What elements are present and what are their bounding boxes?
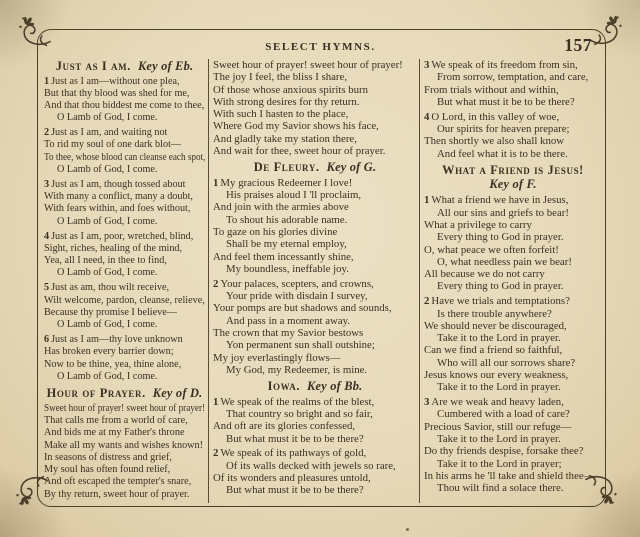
hymn-line: Is there trouble anywhere? — [424, 308, 602, 320]
verse-number: 2 — [213, 447, 218, 459]
hymn-line: The joy I feel, the bliss I share, — [213, 71, 417, 83]
verse-number: 1 — [213, 177, 218, 189]
hymn-line: O Lamb of God, I come. — [44, 164, 205, 176]
hymn-line: The crown that my Savior bestows — [213, 327, 417, 339]
hymn-stanza: 3Just as I am, though tossed aboutWith m… — [44, 179, 205, 228]
hymn-stanza: Sweet hour of prayer! sweet hour of pray… — [213, 59, 417, 157]
hymn-line: Has broken every barrier down; — [44, 346, 205, 358]
hymn-line: Every thing to God in prayer. — [424, 280, 602, 292]
hymn-line: O Lamb of God, I come. — [44, 112, 205, 124]
hymn-line: All our sins and griefs to bear! — [424, 207, 602, 219]
hymn-line: And feel them incessantly shine, — [213, 251, 417, 263]
hymn-stanza: 2Just as I am, and waiting notTo rid my … — [44, 127, 205, 176]
verse-number: 3 — [424, 59, 429, 71]
hymn-line: And oft are its glories confessed, — [213, 420, 417, 432]
hymn-line: But what must it be to be there? — [424, 96, 602, 108]
hymn-line: My God, my Redeemer, is mine. — [213, 364, 417, 376]
verse-number: 1 — [44, 76, 49, 87]
hymn-line: Thou wilt find a solace there. — [424, 482, 602, 494]
hymn-stanza: 6Just as I am—thy love unknownHas broken… — [44, 334, 205, 383]
verse-number: 1 — [424, 194, 429, 206]
hymn-line: That country so bright and so fair, — [213, 408, 417, 420]
hymn-line: Cumbered with a load of care? — [424, 408, 602, 420]
hymn-line: 1My gracious Redeemer I love! — [213, 177, 417, 189]
hymn-title: Iowa. — [268, 379, 300, 393]
hymn-line: And feel what it is to be there. — [424, 148, 602, 160]
ink-speck — [512, 64, 514, 66]
hymn-line: In seasons of distress and grief, — [44, 452, 205, 464]
hymn-stanza: 2We speak of its pathways of gold,Of its… — [213, 447, 417, 496]
hymn-line: Of its walls decked with jewels so rare, — [213, 460, 417, 472]
hymn-column-3: 3We speak of its freedom from sin,From s… — [424, 59, 602, 503]
hymn-line: 3Just as I am, though tossed about — [44, 179, 205, 191]
hymn-column-1: Just as I am.Key of Eb.1Just as I am—wit… — [44, 59, 205, 503]
hymn-line: His praises aloud I 'll proclaim, — [213, 189, 417, 201]
hymn-line: 1What a friend we have in Jesus, — [424, 194, 602, 206]
verse-number: 2 — [44, 127, 49, 138]
hymn-line: O, what needless pain we bear! — [424, 256, 602, 268]
hymn-line: 2Have we trials and temptations? — [424, 295, 602, 307]
hymn-line: To thee, whose blood can cleanse each sp… — [44, 152, 189, 164]
hymn-title: Just as I am. — [56, 59, 131, 73]
hymn-line: Your pomps are but shadows and sounds, — [213, 302, 417, 314]
hymn-line: Take it to the Lord in prayer. — [424, 332, 602, 344]
hymn-line: My boundless, ineffable joy. — [213, 263, 417, 275]
hymn-line: Sweet hour of prayer! sweet hour of pray… — [213, 59, 417, 71]
hymn-line: O Lamb of God, I come. — [44, 216, 205, 228]
hymn-heading: What a Friend is Jesus!Key of F. — [424, 163, 602, 192]
hymn-line: 2Just as I am, and waiting not — [44, 127, 205, 139]
hymn-line: All because we do not carry — [424, 268, 602, 280]
hymn-key: Key of F. — [424, 177, 602, 192]
hymn-line: With fears within, and foes without, — [44, 203, 205, 215]
hymn-columns: Just as I am.Key of Eb.1Just as I am—wit… — [44, 59, 602, 503]
hymnal-page: SELECT HYMNS. 157 Just as I am.Key of Eb… — [0, 0, 640, 537]
hymn-line: Shall be my eternal employ, — [213, 238, 417, 250]
hymn-line: Wilt welcome, pardon, cleanse, relieve, — [44, 295, 205, 307]
verse-number: 2 — [213, 278, 218, 290]
hymn-line: O Lamb of God, I come. — [44, 319, 205, 331]
verse-number: 6 — [44, 334, 49, 345]
ink-speck — [406, 528, 409, 531]
hymn-line: We should never be discouraged, — [424, 320, 602, 332]
hymn-line: Can we find a friend so faithful, — [424, 344, 602, 356]
hymn-line: But what must it be to be there? — [213, 433, 417, 445]
page-number: 157 — [564, 35, 592, 56]
hymn-line: O Lamb of God, I come. — [44, 267, 205, 279]
hymn-line: With many a conflict, many a doubt, — [44, 191, 205, 203]
hymn-line: My soul has often found relief, — [44, 464, 205, 476]
hymn-line: O Lamb of God, I come. — [44, 371, 205, 383]
hymn-stanza: 5Just as am, thou wilt receive,Wilt welc… — [44, 282, 205, 331]
hymn-heading: Just as I am.Key of Eb. — [44, 59, 205, 73]
hymn-line: Because thy promise I believe— — [44, 307, 205, 319]
hymn-column-2: Sweet hour of prayer! sweet hour of pray… — [213, 59, 417, 503]
hymn-line: And oft escaped the tempter's snare, — [44, 476, 205, 488]
hymn-line: And bids me at my Father's throne — [44, 427, 205, 439]
hymn-line: Sight, riches, healing of the mind, — [44, 243, 205, 255]
hymn-line: Every thing to God in prayer. — [424, 231, 602, 243]
hymn-key: Key of Bb. — [307, 379, 362, 393]
hymn-line: And wait for thee, sweet hour of prayer. — [213, 145, 417, 157]
verse-number: 5 — [44, 282, 49, 293]
hymn-line: Yea, all I need, in thee to find, — [44, 255, 205, 267]
hymn-line: Make all my wants and wishes known! — [44, 440, 205, 452]
hymn-line: Of its wonders and pleasures untold, — [213, 472, 417, 484]
hymn-line: 3Are we weak and heavy laden, — [424, 396, 602, 408]
hymn-title: De Fleury. — [254, 160, 320, 174]
verse-number: 1 — [213, 396, 218, 408]
column-divider — [208, 59, 209, 503]
hymn-stanza: 1Just as I am—without one plea,But that … — [44, 76, 205, 125]
hymn-stanza: 4O Lord, in this valley of woe,Our spiri… — [424, 111, 602, 160]
hymn-line: Precious Savior, still our refuge— — [424, 421, 602, 433]
verse-number: 3 — [44, 179, 49, 190]
hymn-line: To gaze on his glories divine — [213, 226, 417, 238]
hymn-line: Take it to the Lord in prayer; — [424, 458, 602, 470]
column-divider — [419, 59, 420, 503]
hymn-stanza: Sweet hour of prayer! sweet hour of pray… — [44, 403, 205, 501]
hymn-line: From sorrow, temptation, and care, — [424, 71, 602, 83]
hymn-line: From trials without and within, — [424, 84, 602, 96]
hymn-line: Then shortly we also shall know — [424, 135, 602, 147]
hymn-line: In his arms he 'll take and shield thee— — [424, 470, 602, 482]
hymn-line: Now to be thine, yea, thine alone, — [44, 359, 205, 371]
hymn-line: What a privilege to carry — [424, 219, 602, 231]
hymn-line: To shout his adorable name. — [213, 214, 417, 226]
hymn-line: And gladly take my station there, — [213, 133, 417, 145]
hymn-line: Take it to the Lord in prayer. — [424, 381, 602, 393]
hymn-line: And join with the armies above — [213, 201, 417, 213]
hymn-line: 5Just as am, thou wilt receive, — [44, 282, 205, 294]
hymn-line: Take it to the Lord in prayer. — [424, 433, 602, 445]
hymn-stanza: 2Your palaces, scepters, and crowns,Your… — [213, 278, 417, 376]
hymn-stanza: 3Are we weak and heavy laden,Cumbered wi… — [424, 396, 602, 494]
hymn-heading: De Fleury.Key of G. — [213, 160, 417, 174]
hymn-stanza: 4Just as I am, poor, wretched, blind,Sig… — [44, 231, 205, 280]
hymn-line: And pass in a moment away. — [213, 315, 417, 327]
hymn-line: Do thy friends despise, forsake thee? — [424, 445, 602, 457]
hymn-line: Your pride with disdain I survey, — [213, 290, 417, 302]
hymn-line: Who will all our sorrows share? — [424, 357, 602, 369]
page-title: SELECT HYMNS. — [265, 41, 375, 53]
hymn-line: Yon permanent sun shall outshine; — [213, 339, 417, 351]
hymn-line: O, what peace we often forfeit! — [424, 244, 602, 256]
hymn-line: With strong desires for thy return. — [213, 96, 417, 108]
verse-number: 3 — [424, 396, 429, 408]
hymn-key: Key of D. — [153, 386, 203, 400]
hymn-line: Jesus knows our every weakness, — [424, 369, 602, 381]
hymn-line: My joy everlastingly flows— — [213, 352, 417, 364]
hymn-title: What a Friend is Jesus! — [442, 163, 584, 177]
hymn-stanza: 2Have we trials and temptations?Is there… — [424, 295, 602, 393]
verse-number: 4 — [44, 231, 49, 242]
running-head: SELECT HYMNS. 157 — [37, 38, 604, 58]
hymn-line: Sweet hour of prayer! sweet hour of pray… — [44, 403, 189, 415]
hymn-line: With such I hasten to the place, — [213, 108, 417, 120]
hymn-line: And that thou biddest me come to thee, — [44, 100, 205, 112]
hymn-line: That calls me from a world of care, — [44, 415, 205, 427]
hymn-line: 1Just as I am—without one plea, — [44, 76, 205, 88]
hymn-line: 4O Lord, in this valley of woe, — [424, 111, 602, 123]
hymn-stanza: 1We speak of the realms of the blest,Tha… — [213, 396, 417, 445]
hymn-heading: Hour of Prayer.Key of D. — [44, 386, 205, 400]
hymn-stanza: 3We speak of its freedom from sin,From s… — [424, 59, 602, 108]
hymn-line: But that thy blood was shed for me, — [44, 88, 205, 100]
hymn-line: Our spirits for heaven prepare; — [424, 123, 602, 135]
hymn-line: Of those whose anxious spirits burn — [213, 84, 417, 96]
hymn-heading: Iowa.Key of Bb. — [213, 379, 417, 393]
verse-number: 4 — [424, 111, 429, 123]
hymn-line: 2Your palaces, scepters, and crowns, — [213, 278, 417, 290]
hymn-stanza: 1My gracious Redeemer I love!His praises… — [213, 177, 417, 275]
hymn-line: To rid my soul of one dark blot— — [44, 139, 205, 151]
hymn-line: 4Just as I am, poor, wretched, blind, — [44, 231, 205, 243]
hymn-line: But what must it be to be there? — [213, 484, 417, 496]
hymn-line: Where God my Savior shows his face, — [213, 120, 417, 132]
verse-number: 2 — [424, 295, 429, 307]
hymn-key: Key of G. — [327, 160, 377, 174]
hymn-line: 2We speak of its pathways of gold, — [213, 447, 417, 459]
hymn-title: Hour of Prayer. — [47, 386, 146, 400]
hymn-line: By thy return, sweet hour of prayer. — [44, 489, 205, 501]
hymn-line: 6Just as I am—thy love unknown — [44, 334, 205, 346]
hymn-line: 1We speak of the realms of the blest, — [213, 396, 417, 408]
hymn-key: Key of Eb. — [138, 59, 193, 73]
hymn-stanza: 1What a friend we have in Jesus,All our … — [424, 194, 602, 292]
